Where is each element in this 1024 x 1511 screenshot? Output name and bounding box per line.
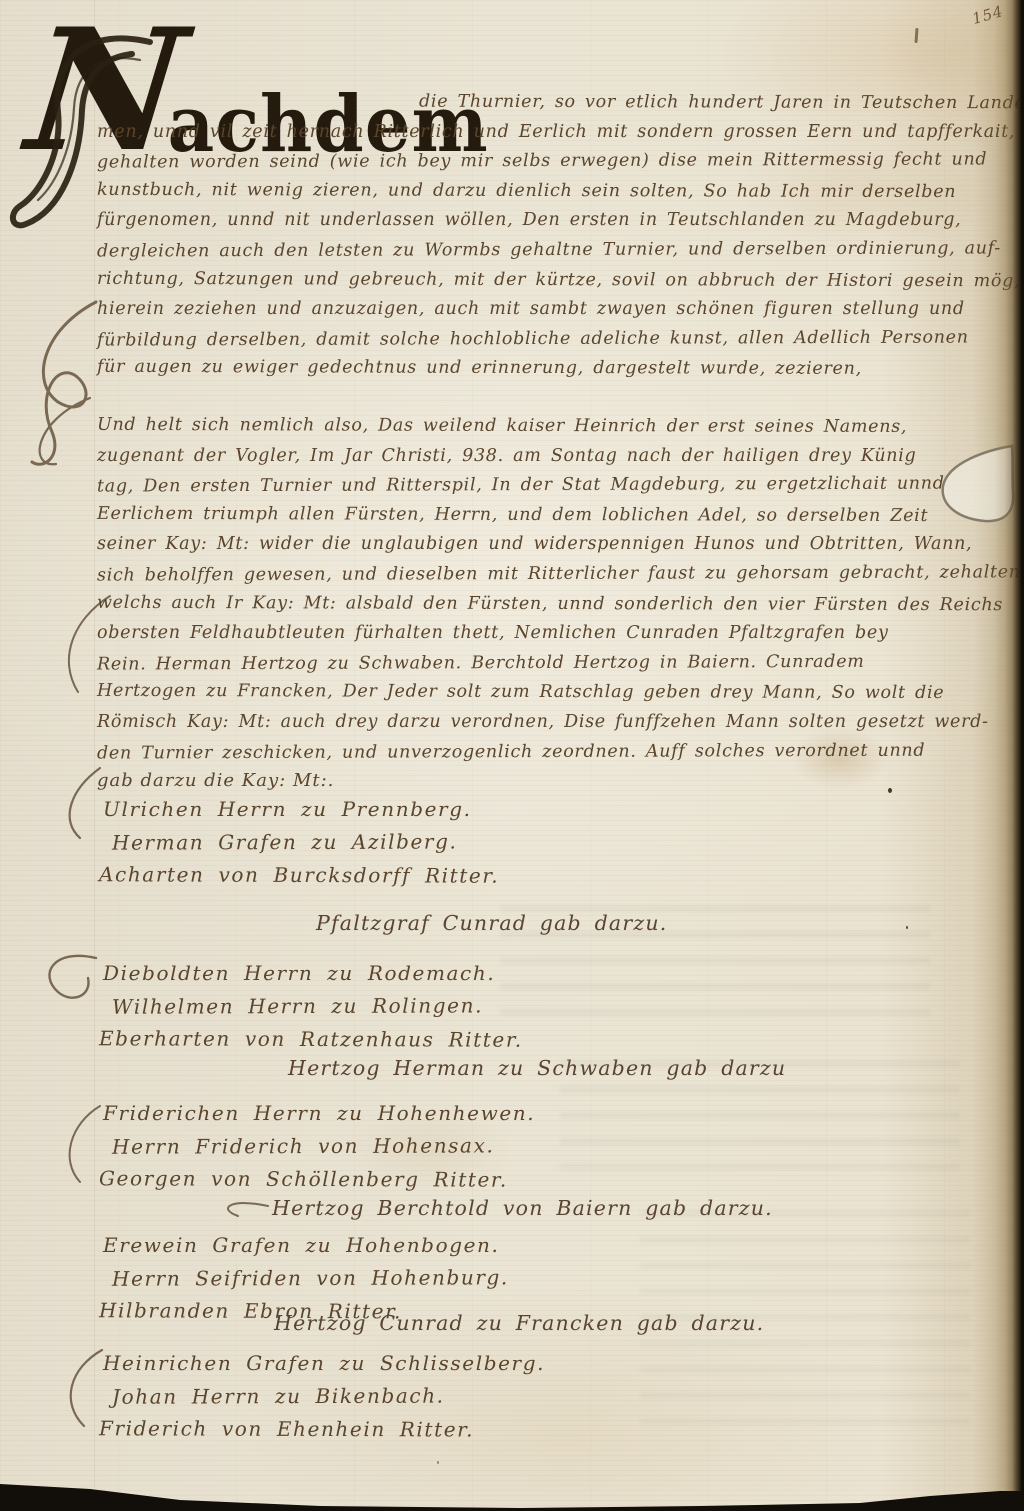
- manuscript-line: Römisch Kay: Mt: auch drey darzu verordn…: [97, 708, 987, 738]
- manuscript-line: gehalten worden seind (wie ich bey mir s…: [97, 146, 987, 179]
- manuscript-line: Rein. Herman Hertzog zu Schwaben. Bercht…: [97, 647, 987, 680]
- manuscript-line: kunstbuch, nit wenig zieren, und darzu d…: [97, 176, 987, 208]
- name-entry: Dieboldten Herrn zu Rodemach.: [103, 957, 523, 990]
- margin-flourish-und: [32, 302, 96, 464]
- name-entry: Herrn Friderich von Hohensax.: [112, 1129, 535, 1163]
- margin-flourish-heading3: [228, 1203, 268, 1216]
- manuscript-line: fürbildung derselben, damit solche hochl…: [97, 323, 987, 356]
- manuscript-line: die Thurnier, so vor etlich hundert Jare…: [97, 87, 987, 119]
- kaiser-name-list: Ulrichen Herrn zu Prennberg. Herman Graf…: [103, 793, 499, 892]
- manuscript-line: obersten Feldhaubtleuten fürhalten thett…: [97, 619, 987, 649]
- francken-name-list: Heinrichen Grafen zu Schlisselberg. Joha…: [103, 1347, 545, 1446]
- manuscript-line: seiner Kay: Mt: wider die unglaubigen un…: [97, 530, 987, 560]
- name-entry: Acharten von Burcksdorff Ritter.: [99, 858, 499, 892]
- manuscript-line: tag, Den ersten Turnier und Ritterspil, …: [97, 470, 987, 503]
- name-entry: Johan Herrn zu Bikenbach.: [112, 1379, 545, 1414]
- margin-flourish-gab: [70, 768, 100, 838]
- margin-flourish-heinrichen: [71, 1350, 102, 1426]
- manuscript-line: fürgenomen, unnd nit underlassen wöllen,…: [97, 206, 987, 236]
- name-entry: Erewein Grafen zu Hohenbogen.: [103, 1229, 509, 1262]
- manuscript-line: Und helt sich nemlich also, Das weilend …: [97, 411, 987, 443]
- name-entry: Friderich von Ehenhein Ritter.: [99, 1412, 545, 1447]
- manuscript-line: für augen zu ewiger gedechtnus und erinn…: [97, 353, 987, 385]
- margin-flourish-und2: [40, 398, 90, 464]
- margin-flourish-friderichen: [70, 1106, 100, 1182]
- manuscript-line: den Turnier zeschicken, und unverzogenli…: [97, 736, 987, 769]
- manuscript-line: dergleichen auch den letsten zu Wormbs g…: [97, 234, 987, 267]
- name-entry: Herman Grafen zu Azilberg.: [112, 825, 499, 859]
- section-heading-baiern: Hertzog Berchtold von Baiern gab darzu.: [272, 1196, 773, 1220]
- section-heading-schwaben: Hertzog Herman zu Schwaben gab darzu: [288, 1056, 786, 1080]
- name-entry: Ulrichen Herrn zu Prennberg.: [103, 793, 499, 826]
- name-entry: Georgen von Schöllenberg Ritter.: [99, 1162, 535, 1197]
- pfaltzgraf-name-list: Dieboldten Herrn zu Rodemach. Wilhelmen …: [103, 957, 523, 1056]
- name-entry: Wilhelmen Herrn zu Rolingen.: [112, 989, 523, 1023]
- stray-ink-mark: [914, 28, 918, 43]
- manuscript-line: zugenant der Vogler, Im Jar Christi, 938…: [97, 442, 987, 472]
- name-entry: Friderichen Herrn zu Hohenhewen.: [103, 1097, 535, 1130]
- ink-specks: [888, 788, 892, 793]
- schwaben-name-list: Friderichen Herrn zu Hohenhewen. Herrn F…: [103, 1097, 535, 1196]
- manuscript-line: welchs auch Ir Kay: Mt: alsbald den Fürs…: [97, 588, 987, 620]
- opening-paragraph: die Thurnier, so vor etlich hundert Jare…: [97, 88, 987, 384]
- history-paragraph: Und helt sich nemlich also, Das weilend …: [97, 412, 987, 767]
- name-entry: Herrn Seifriden von Hohenburg.: [112, 1261, 509, 1295]
- kaiser-gave-line: gab darzu die Kay: Mt:.: [97, 770, 334, 791]
- manuscript-line: Hertzogen zu Francken, Der Jeder solt zu…: [97, 677, 987, 709]
- manuscript-line: men, unnd vil zeit hernach Ritterlich un…: [97, 118, 987, 148]
- margin-rule-line: [94, 0, 95, 1488]
- section-heading-francken: Hertzog Cunrad zu Francken gab darzu.: [274, 1311, 764, 1335]
- manuscript-line: richtung, Satzungen und gebreuch, mit de…: [97, 264, 987, 296]
- manuscript-line: hierein zeziehen und anzuzaigen, auch mi…: [97, 295, 987, 325]
- name-entry: Eberharten von Ratzenhaus Ritter.: [99, 1022, 523, 1056]
- section-heading-pfaltzgraf: Pfaltzgraf Cunrad gab darzu.: [316, 911, 667, 935]
- name-entry: Heinrichen Grafen zu Schlisselberg.: [103, 1347, 545, 1380]
- book-fore-edge: [994, 0, 1024, 1511]
- margin-flourish-dieboldten: [49, 956, 96, 998]
- manuscript-page: N achdem die Thurnier, so vor etlich hun…: [0, 0, 1024, 1511]
- manuscript-line: Eerlichem triumph allen Fürsten, Herrn, …: [97, 500, 987, 532]
- manuscript-line: sich beholffen gewesen, und dieselben mi…: [97, 558, 987, 591]
